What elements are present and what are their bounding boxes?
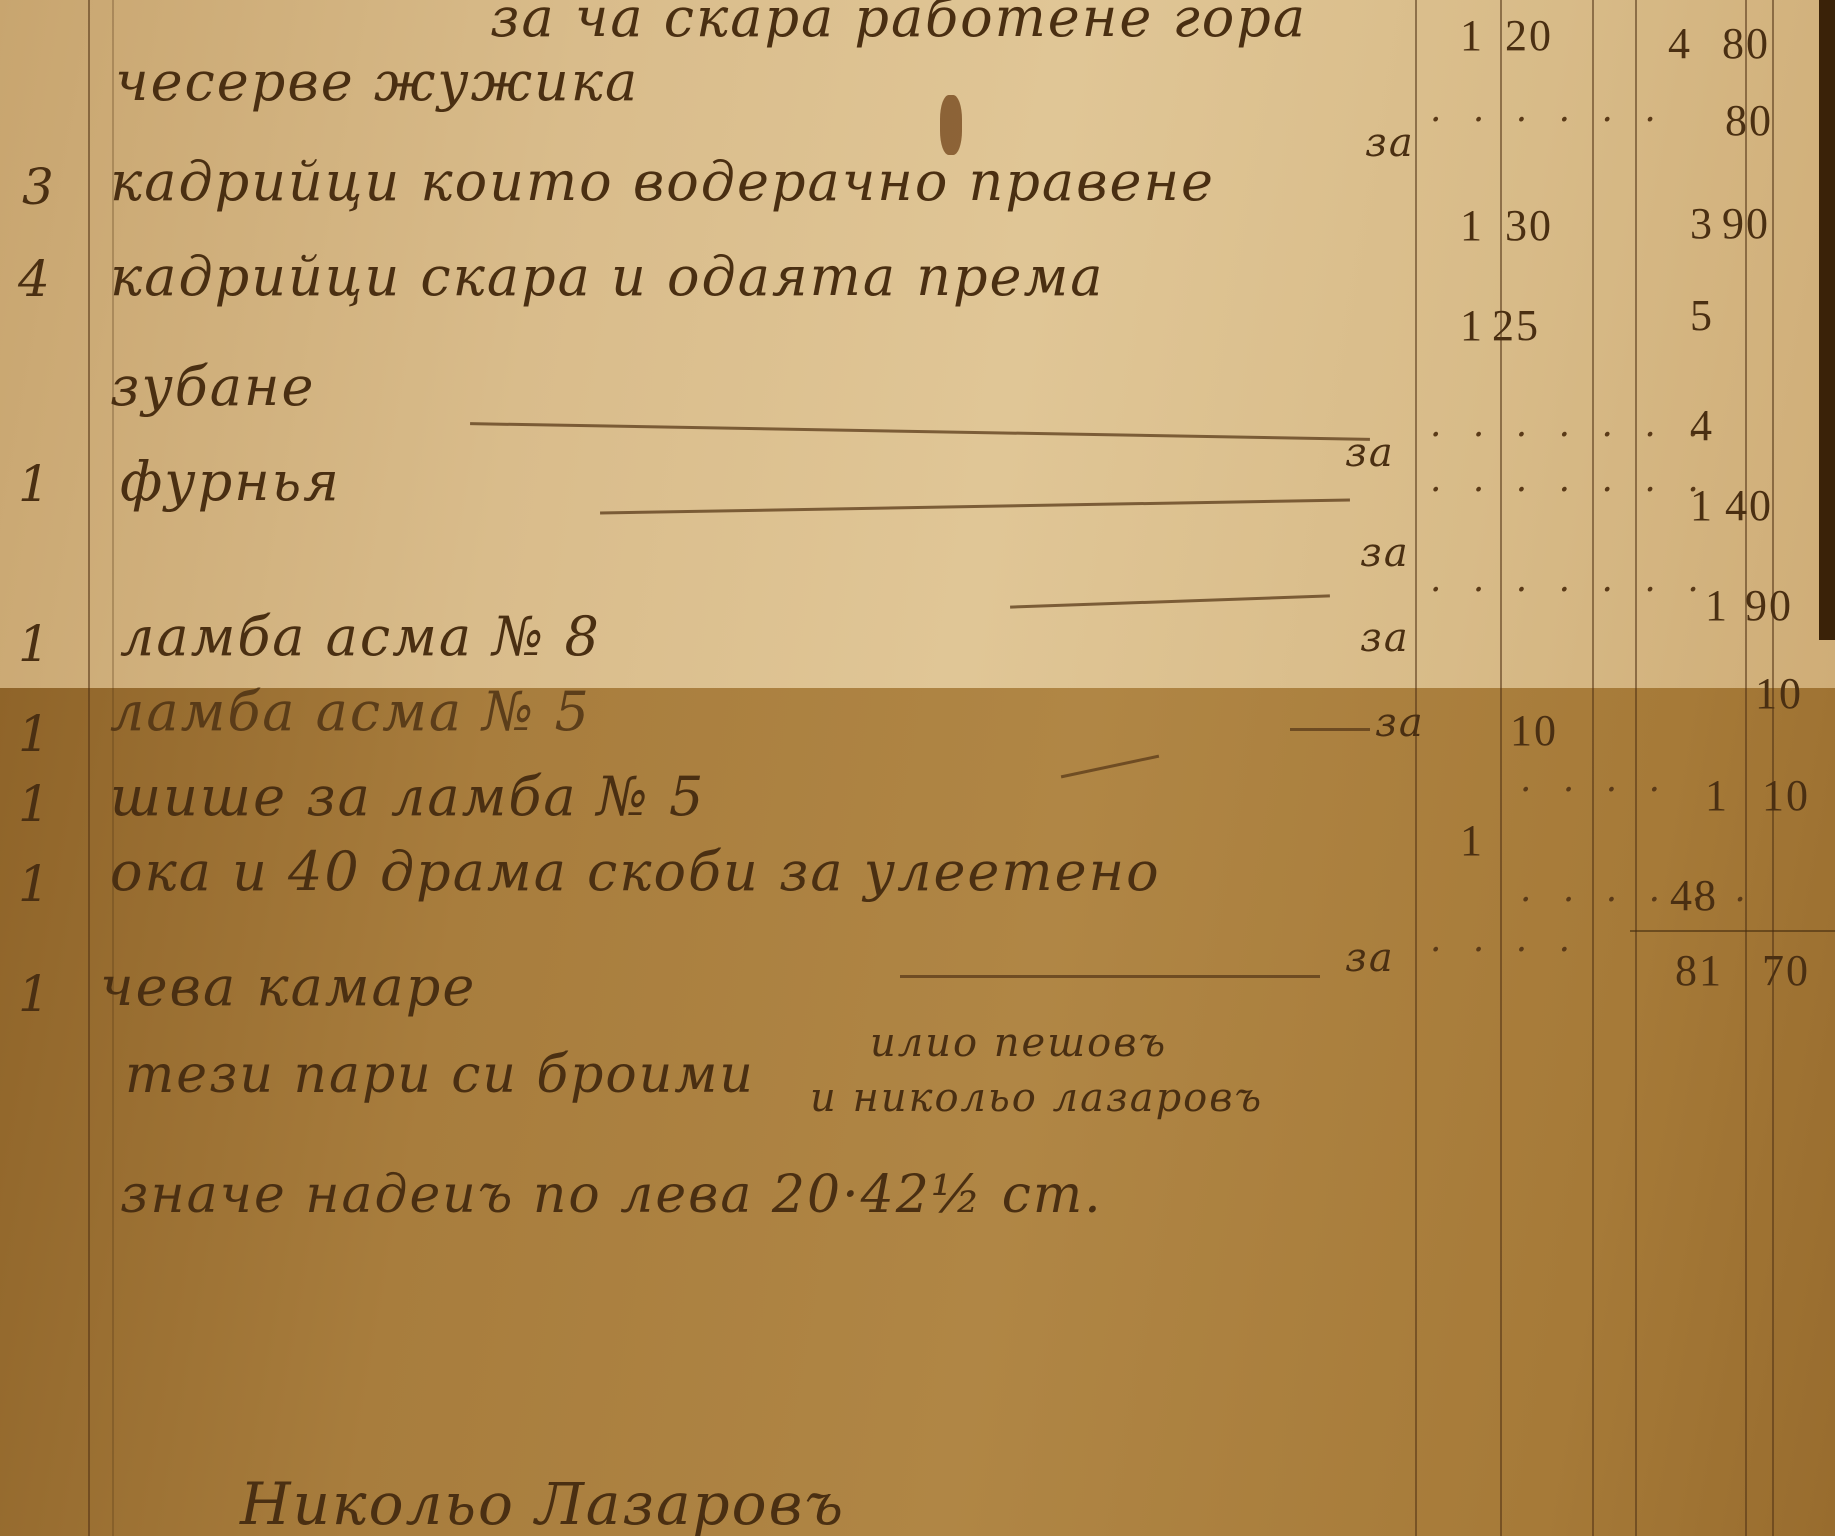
total-st-sum: 70 (1762, 945, 1810, 996)
total-st: 90 (1745, 580, 1793, 631)
unit-st: 25 (1492, 300, 1540, 351)
total-lv: 4 (1690, 400, 1714, 451)
total-lv: 5 (1690, 290, 1714, 341)
total-st: 80 (1725, 95, 1773, 146)
za-label: за (1360, 615, 1410, 661)
unit-lv: 1 (1460, 815, 1484, 866)
row-qty: 3 (22, 158, 56, 216)
row-qty: 1 (18, 455, 52, 513)
column-rule-right-margin (1772, 0, 1774, 1536)
leader-dots: · · · · · · (1520, 880, 1756, 921)
leader-dots: · · · · (1430, 930, 1580, 971)
za-label: за (1375, 700, 1425, 746)
note-line-3: значе надеиъ по лева 20·42½ ст. (120, 1165, 1103, 1225)
leader-dots: · · · · · · · (1430, 570, 1709, 611)
row-text: за ча скара работене гора (490, 0, 1307, 49)
total-st: 48 (1670, 870, 1718, 921)
total-lv: 1 (1705, 580, 1729, 631)
note-name-2: и никольо лазаровъ (810, 1075, 1263, 1121)
leader-dots: · · · · · · (1430, 100, 1666, 141)
row-text: фурнья (120, 450, 341, 513)
row-text: ламба асма № 8 (120, 605, 601, 668)
total-st: 10 (1755, 668, 1803, 719)
document-paper: за ча скара работене гора 1 20 4 80 чесе… (0, 0, 1835, 1536)
column-rule-total-lv (1592, 0, 1594, 1536)
row-qty: 1 (18, 965, 52, 1023)
row-qty: 1 (18, 855, 52, 913)
row-qty: 1 (18, 775, 52, 833)
row-text: ока и 40 драма скоби за улеетено (110, 840, 1161, 903)
za-label: за (1345, 935, 1395, 981)
column-rule-total-lv-inner (1635, 0, 1637, 1536)
row-text: чесерве жужика (115, 50, 639, 113)
unit-st: 20 (1505, 10, 1553, 61)
total-st: 80 (1722, 18, 1770, 69)
note-name-1: илио пешовъ (870, 1020, 1167, 1066)
margin-rule (88, 0, 90, 1536)
unit-lv: 1 (1460, 200, 1484, 251)
leader-dots: · · · · · · · (1430, 470, 1709, 511)
unit-st: 10 (1510, 705, 1558, 756)
unit-lv: 1 (1460, 10, 1484, 61)
column-rule-unit-lv (1415, 0, 1417, 1536)
total-lv: 4 (1668, 18, 1692, 69)
row-qty: 4 (18, 250, 52, 308)
row-text: кадрийци скара и одаята према (110, 245, 1104, 308)
row-text: кадрийци които водерачно правене (110, 150, 1215, 213)
total-lv: 1 (1690, 480, 1714, 531)
row-qty: 1 (18, 615, 52, 673)
column-rule-unit-st (1500, 0, 1502, 1536)
signature: Никольо Лазаровъ (240, 1470, 845, 1536)
total-lv-sum: 81 (1675, 945, 1723, 996)
row-text: шише за ламба № 5 (110, 765, 705, 828)
ink-stain (940, 95, 962, 155)
row-qty: 1 (18, 705, 52, 763)
za-label: за (1360, 530, 1410, 576)
za-label: за (1345, 430, 1395, 476)
dash-line (1290, 728, 1370, 731)
dash-line (900, 975, 1320, 978)
background-edge (1819, 0, 1835, 640)
note-line-1: тези пари си броими (125, 1045, 755, 1105)
total-lv: 3 (1690, 198, 1714, 249)
total-lv: 1 (1705, 770, 1729, 821)
unit-lv: 1 (1460, 300, 1484, 351)
unit-st: 30 (1505, 200, 1553, 251)
total-st: 90 (1722, 198, 1770, 249)
total-st: 40 (1725, 480, 1773, 531)
row-text: чева камаре (100, 955, 476, 1018)
row-text: ламба асма № 5 (110, 680, 591, 743)
total-underline (1630, 930, 1835, 932)
total-st: 10 (1762, 770, 1810, 821)
leader-dots: · · · · · · · (1430, 415, 1709, 456)
leader-dots: · · · · (1520, 770, 1670, 811)
row-text: зубане (110, 355, 315, 418)
za-label: за (1365, 120, 1415, 166)
